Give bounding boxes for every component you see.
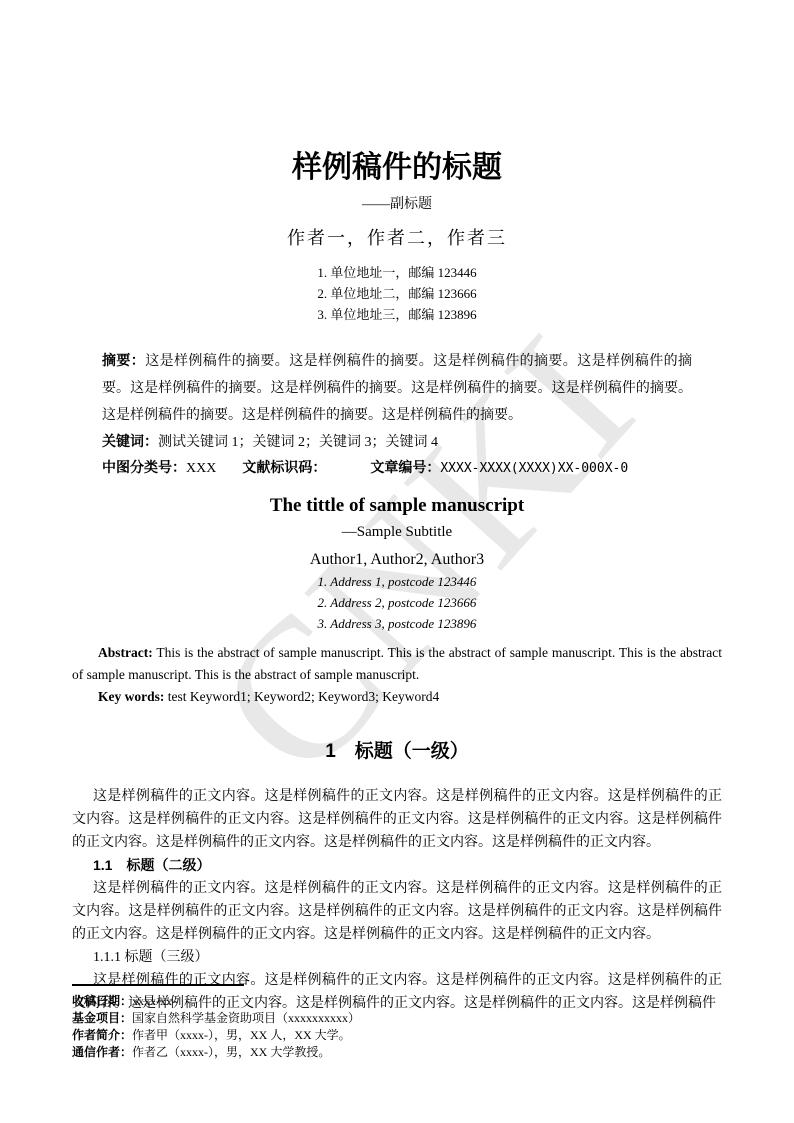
cn-abstract-text: 这是样例稿件的摘要。这是样例稿件的摘要。这是样例稿件的摘要。这是样例稿件的摘要。… [102, 354, 692, 423]
footnote-author-bio: 作者简介：作者甲（xxxx-），男，XX 人，XX 大学。 [72, 1027, 722, 1044]
cn-authors: 作者一，作者二，作者三 [72, 226, 722, 250]
footnote-fund-project-label: 基金项目： [72, 1011, 132, 1025]
section-heading-level2: 1.1 标题（二级） [72, 854, 722, 877]
en-authors: Author1, Author2, Author3 [72, 549, 722, 571]
cn-affiliations: 1. 单位地址一，邮编 123446 2. 单位地址二，邮编 123666 3.… [72, 262, 722, 325]
footnote-fund-project-text: 国家自然科学基金资助项目（xxxxxxxxxx） [132, 1011, 360, 1025]
clc-value: XXX [186, 461, 216, 476]
section-heading-level1: 1 标题（一级） [72, 738, 722, 765]
en-affiliations: 1. Address 1, postcode 123446 2. Address… [72, 571, 722, 634]
en-abstract-text: This is the abstract of sample manuscrip… [72, 645, 722, 682]
cn-keywords-label: 关键词： [102, 433, 158, 449]
section-heading-level3: 1.1.1 标题（三级） [72, 946, 722, 969]
cn-abstract: 摘要：这是样例稿件的摘要。这是样例稿件的摘要。这是样例稿件的摘要。这是样例稿件的… [102, 347, 692, 429]
cn-keywords: 关键词：测试关键词 1；关键词 2；关键词 3；关键词 4 [102, 429, 692, 455]
en-title: The tittle of sample manuscript [72, 493, 722, 519]
footnote-fund-project: 基金项目：国家自然科学基金资助项目（xxxxxxxxxx） [72, 1010, 722, 1027]
cn-abstract-label: 摘要： [102, 352, 145, 368]
footnote-author-bio-label: 作者简介： [72, 1028, 132, 1042]
cn-title: 样例稿件的标题 [72, 148, 722, 188]
footnote-corresponding-author-text: 作者乙（xxxx-），男，XX 大学教授。 [132, 1045, 330, 1059]
footnote-corresponding-author: 通信作者：作者乙（xxxx-），男，XX 大学教授。 [72, 1044, 722, 1061]
footnote-received-date-label: 收稿日期： [72, 994, 132, 1008]
footnote-separator-rule [72, 984, 244, 986]
en-keywords-label: Key words: [98, 689, 164, 704]
en-abstract: Abstract: This is the abstract of sample… [72, 642, 722, 686]
cn-clc-line: 中图分类号：XXX文献标识码：文章编号：XXXX-XXXX(XXXX)XX-00… [102, 455, 692, 481]
clc-label: 中图分类号： [102, 459, 186, 475]
cn-keywords-text: 测试关键词 1；关键词 2；关键词 3；关键词 4 [158, 435, 438, 450]
en-affiliation-3: 3. Address 3, postcode 123896 [72, 613, 722, 634]
document-page: CNKI 样例稿件的标题 ——副标题 作者一，作者二，作者三 1. 单位地址一，… [0, 0, 794, 1123]
footnote-received-date: 收稿日期：xxxx-xx- [72, 993, 722, 1010]
cn-affiliation-3: 3. 单位地址三，邮编 123896 [72, 304, 722, 325]
doc-code-label: 文献标识码： [242, 459, 326, 475]
footnote-area: 收稿日期：xxxx-xx- 基金项目：国家自然科学基金资助项目（xxxxxxxx… [72, 984, 722, 1061]
article-id-label: 文章编号： [370, 459, 440, 475]
cn-subtitle: ——副标题 [72, 196, 722, 214]
en-subtitle: —Sample Subtitle [72, 521, 722, 543]
cn-affiliation-1: 1. 单位地址一，邮编 123446 [72, 262, 722, 283]
cn-affiliation-2: 2. 单位地址二，邮编 123666 [72, 283, 722, 304]
footnote-received-date-text: xxxx-xx- [132, 994, 176, 1008]
article-id-value: XXXX-XXXX(XXXX)XX-000X-0 [440, 461, 628, 476]
en-affiliation-2: 2. Address 2, postcode 123666 [72, 592, 722, 613]
page-content: 样例稿件的标题 ——副标题 作者一，作者二，作者三 1. 单位地址一，邮编 12… [0, 148, 794, 1015]
en-keywords: Key words: test Keyword1; Keyword2; Keyw… [72, 686, 722, 708]
body-paragraph-1: 这是样例稿件的正文内容。这是样例稿件的正文内容。这是样例稿件的正文内容。这是样例… [72, 785, 722, 854]
footnote-author-bio-text: 作者甲（xxxx-），男，XX 人，XX 大学。 [132, 1028, 351, 1042]
footnote-corresponding-author-label: 通信作者： [72, 1045, 132, 1059]
en-affiliation-1: 1. Address 1, postcode 123446 [72, 571, 722, 592]
en-abstract-label: Abstract: [98, 645, 153, 660]
body-paragraph-2: 这是样例稿件的正文内容。这是样例稿件的正文内容。这是样例稿件的正文内容。这是样例… [72, 877, 722, 946]
en-keywords-text: test Keyword1; Keyword2; Keyword3; Keywo… [164, 689, 439, 704]
